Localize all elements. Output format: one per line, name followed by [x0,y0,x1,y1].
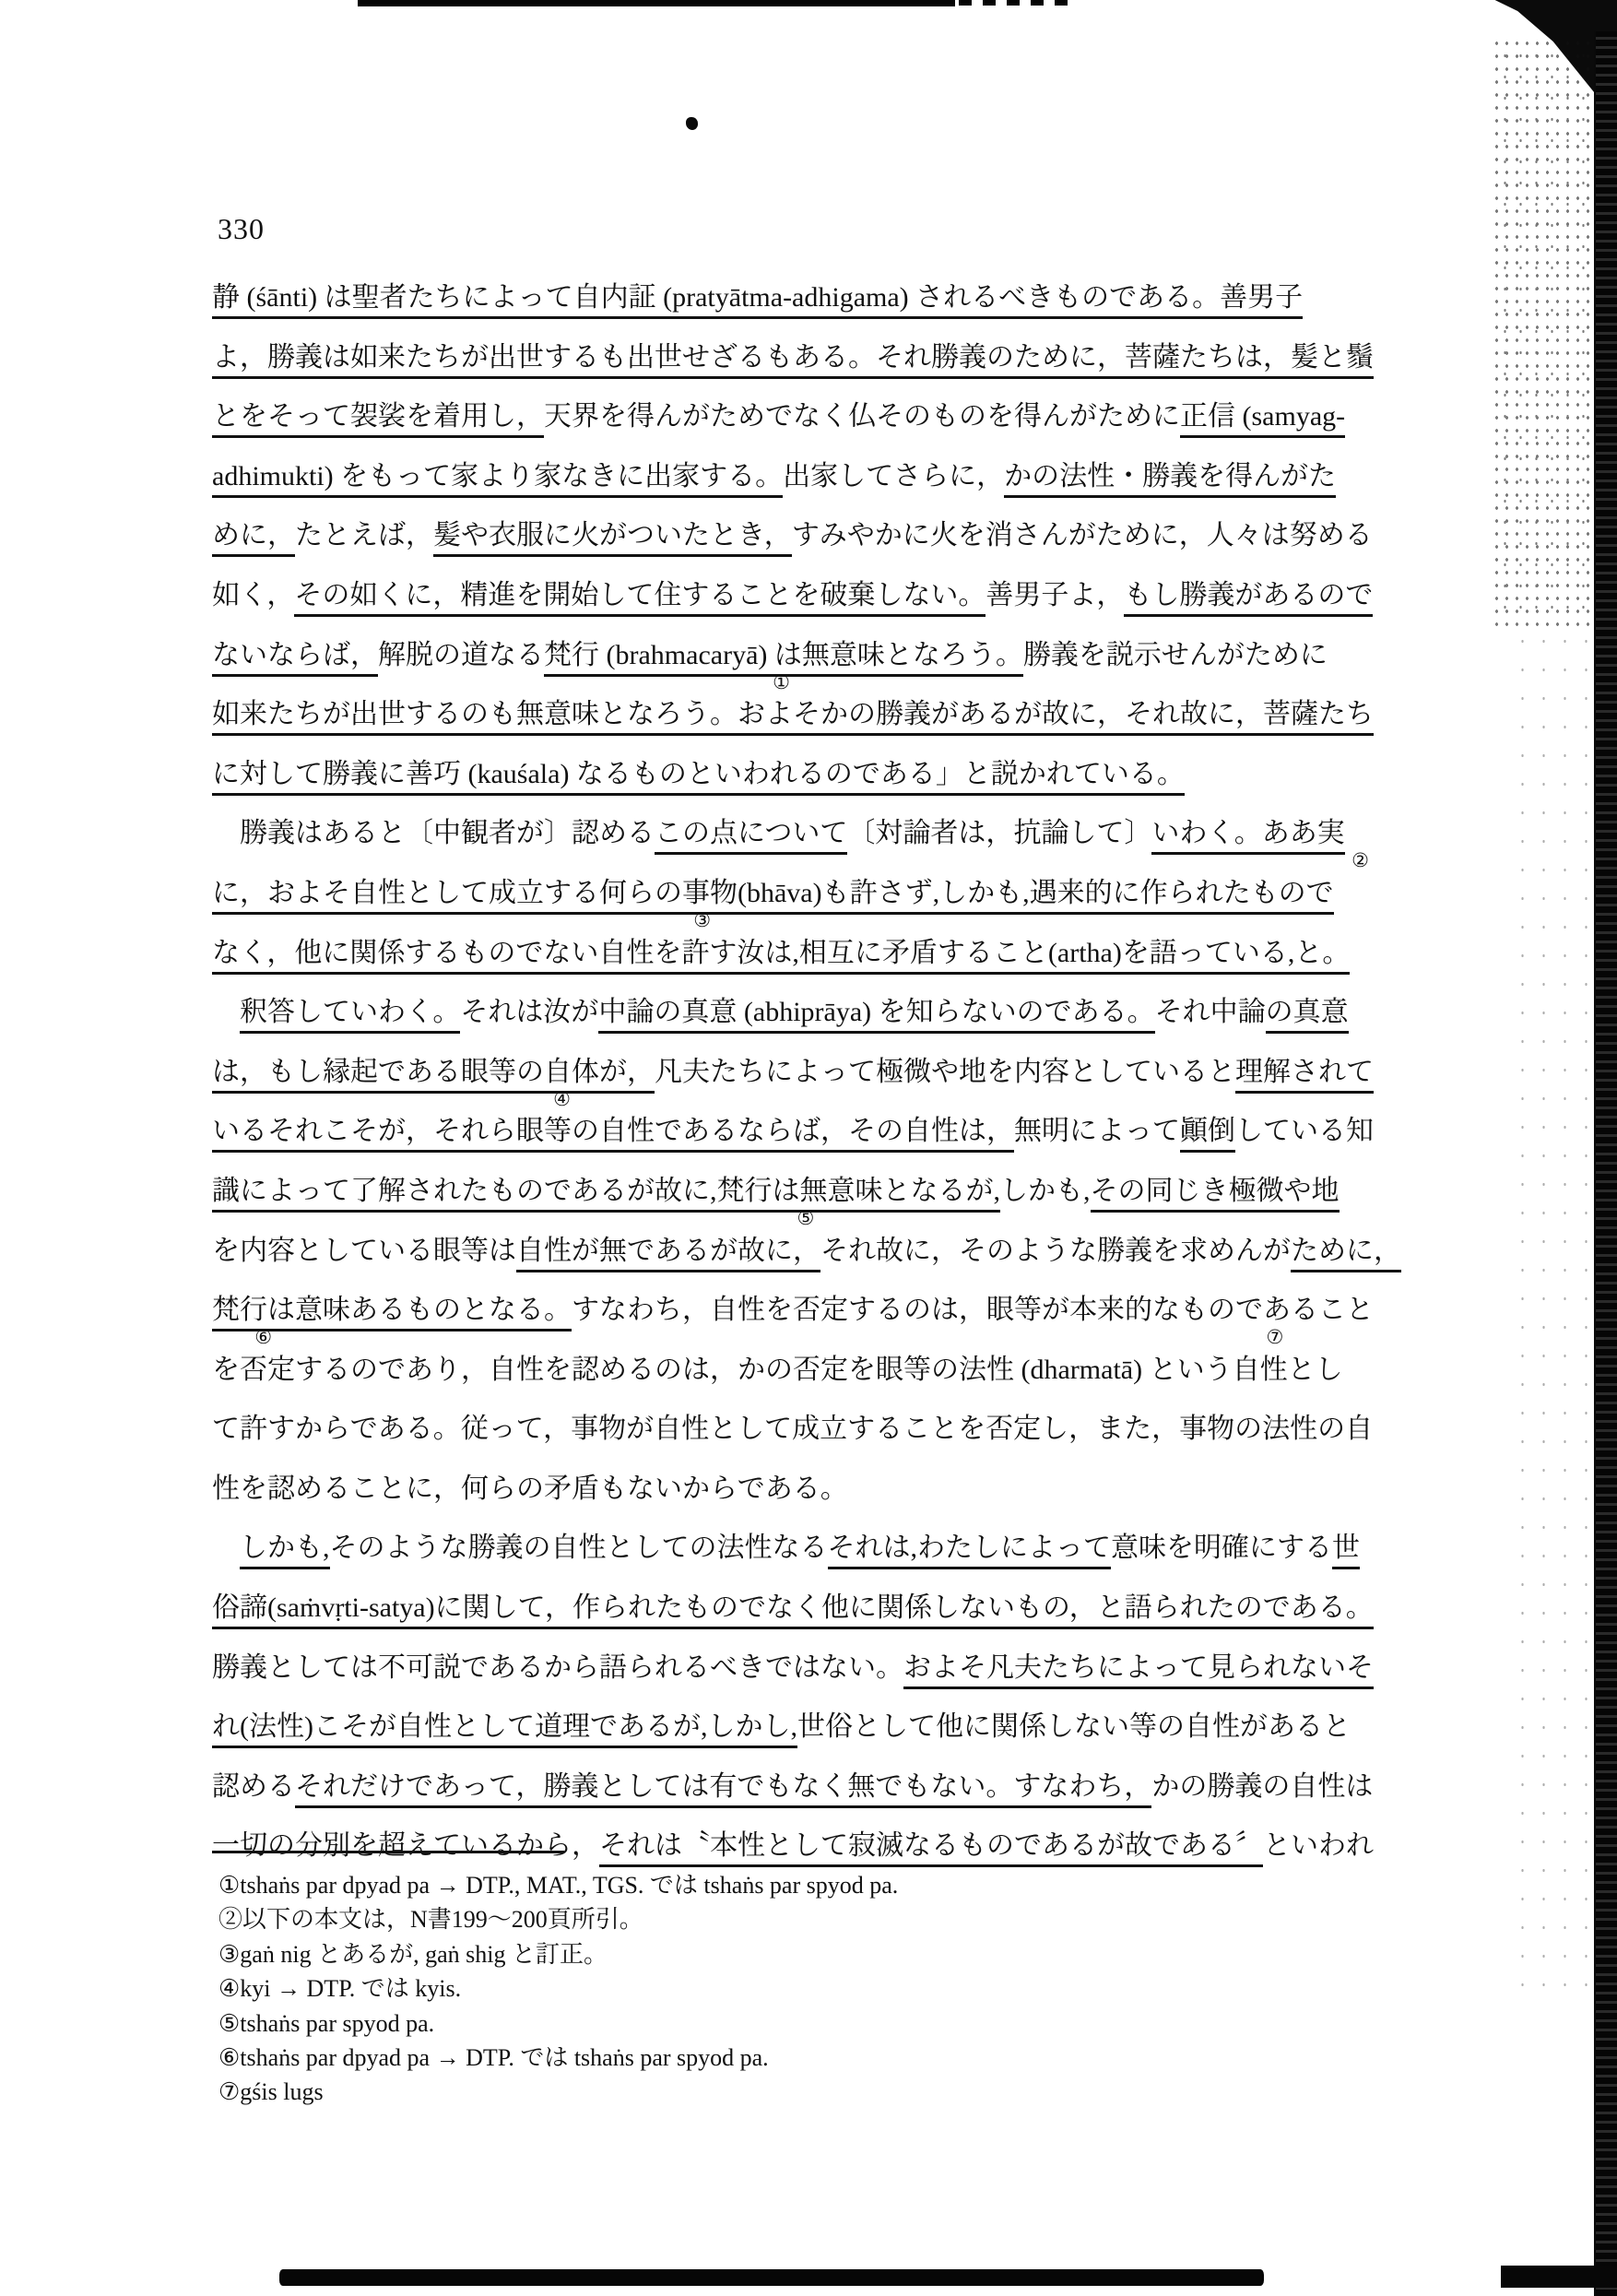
footnote-item: ⑦gśis lugs [218,2077,1417,2111]
footnote-marker: ④ [553,1090,571,1109]
plain-text: 勝義を説示せんがために [1023,640,1328,670]
underlined-text: 髪や衣服に火がついたとき， [433,520,792,557]
text-line: 静 (śānti) は聖者たちによって自内証 (pratyātma-adhiga… [212,279,1431,339]
text-line: しかも,そのような勝義の自性としての法性なるそれは,わたしによって意味を明確にす… [212,1530,1431,1590]
underlined-text: 中論の真意 (abhiprāya) を知らないのである。 [598,997,1154,1034]
plain-text: 性を認めることに，何らの矛盾もないからである。 [212,1473,848,1504]
text-line: 認めるそれだけであって，勝義としては有でもなく無でもない。すなわち，かの勝義の自… [212,1769,1431,1829]
plain-text: 意味を明確にする [1111,1533,1332,1563]
underlined-text: 俗諦(saṁvṛti-satya)に関して，作られたものでなく他に関係しないもの… [212,1592,1374,1629]
text-line: 如来たちが出世するのも無意味となろう。およそかの勝義があるが故に，それ故に，菩薩… [212,696,1431,756]
underlined-text: かの法性・勝義を得んがた [1004,461,1336,498]
plain-text: 善男子よ， [986,580,1124,610]
underlined-text: 如来たちが出世するのも無意味となろう。およそかの勝義があるが故に，それ故に，菩薩… [212,699,1374,736]
plain-text: 如く， [212,580,294,610]
footnote-marker: ③ [693,911,711,930]
text-line: 釈答していわく。それは汝が中論の真意 (abhiprāya) を知らないのである… [212,994,1431,1054]
plain-text: かの勝義の自性は [1151,1771,1373,1802]
underlined-text: それだけであって，勝義としては有でもなく無でもない。すなわち， [295,1771,1151,1808]
text-line: を内容としている眼等は自性が無であるが故に，それ故に，そのような勝義を求めんがた… [212,1233,1431,1293]
text-line: めに，たとえば，髪や衣服に火がついたとき，すみやかに火を消さんがために，人々は努… [212,517,1431,577]
underlined-text: それは,わたしによって [828,1533,1112,1569]
underlined-text: いるそれこそが，それら眼等の自性であるならば，その自性は， [212,1116,1014,1153]
plain-text: すなわち，自性を否定するのは，眼等が本来的なものであること [572,1295,1374,1325]
footnote-item: ③gaṅ nig とあるが, gaṅ shig と訂正。 [218,1939,1417,1973]
plain-text: 天界を得んがためでなく仏そのものを得んがために [544,401,1180,432]
text-line: 梵行は意味あるものとなる。すなわち，自性を否定するのは，眼等が本来的なものである… [212,1292,1431,1352]
underlined-text: は，もし縁起である眼等の自体が， [212,1057,655,1094]
underlined-text: 自性が無であるが故に， [516,1236,820,1272]
underlined-text: 世 [1332,1533,1360,1569]
plain-text: 出家してさらに， [783,461,1004,491]
text-line: 性を認めることに，何らの矛盾もないからである。 [212,1471,1431,1531]
plain-text: すみやかに火を消さんがために，人々は努める [792,520,1373,550]
plain-text [212,997,240,1027]
binding-shadow-bar [1594,31,1617,2296]
footnote-item: ①tshaṅs par dpyad pa → DTP., MAT., TGS. … [218,1870,1417,1904]
plain-text: それ故に，そのような勝義を求めんが [820,1236,1291,1266]
footnote-item: ④kyi → DTP. では kyis. [218,1973,1417,2007]
underlined-text: ないならば， [212,640,378,677]
footnote-item: ⑥tshaṅs par dpyad pa → DTP. では tshaṅs pa… [218,2042,1417,2077]
text-line: 勝義はあると〔中観者が〕認めるこの点について〔対論者は，抗論して〕いわく。ああ実… [212,815,1431,875]
underlined-text: いわく。ああ実 [1151,818,1344,855]
scanned-document-page: 330 静 (śānti) は聖者たちによって自内証 (pratyātma-ad… [0,0,1617,2296]
top-right-speckle-noise [1492,37,1602,627]
plain-text [212,1533,240,1563]
underlined-text: 正信 (samyag- [1180,401,1345,438]
underlined-text: それは〝本性として寂滅なるものであるが故である〞 [599,1830,1263,1867]
underlined-text: の真意 [1266,997,1349,1034]
plain-text: たとえば， [295,520,433,550]
plain-text: 解脱の道なる [378,640,544,670]
plain-text: 凡夫たちによって極微や地を内容としていると [655,1057,1235,1087]
text-line: れ(法性)こそが自性として道理であるが,しかし,世俗として他に関係しない等の自性… [212,1709,1431,1769]
text-line: 勝義としては不可説であるから語られるべきではない。およそ凡夫たちによって見られな… [212,1650,1431,1710]
underlined-text: なく，他に関係するものでない自性を許す汝は,相互に矛盾すること(artha)を語… [212,938,1350,975]
underlined-text: その如くに，精進を開始して住することを破棄しない。 [294,580,986,617]
text-line: adhimukti) をもって家より家なきに出家する。出家してさらに，かの法性・… [212,458,1431,518]
footnote-item: ②以下の本文は，N書199～200頁所引。 [218,1904,1417,1938]
underlined-text: 顚倒 [1180,1116,1235,1153]
page-number: 330 [218,212,265,246]
footnote-marker: ⑦ [1267,1328,1284,1347]
footnotes-list: ①tshaṅs par dpyad pa → DTP., MAT., TGS. … [218,1870,1417,2112]
footnote-item: ⑤tshaṅs par spyod pa. [218,2008,1417,2042]
underlined-text: よ，勝義は如来たちが出世するも出世せざるもある。それ勝義のために，菩薩たちは，髪… [212,342,1374,379]
underlined-text: およそ凡夫たちによって見られないそ [903,1652,1374,1689]
top-edge-scan-line [358,0,955,6]
underlined-text: めに， [212,520,295,557]
footnote-marker: ⑥ [254,1328,272,1347]
plain-text: を否定するのであり，自性を認めるのは，かの否定を眼等の法性 (dharmatā)… [212,1355,1343,1385]
underlined-text: その同じき極微や地 [1091,1176,1340,1213]
underlined-text: に，およそ自性として成立する何らの事物(bhāva)も許さず,しかも,遇来的に作… [212,878,1334,915]
underlined-text: 識によって了解されたものであるが故に,梵行は無意味となるが, [212,1176,1000,1213]
underlined-text: 理解されて [1235,1057,1374,1094]
plain-text: て許すからである。従って，事物が自性として成立することを否定し，また，事物の法性… [212,1414,1373,1444]
text-line: は，もし縁起である眼等の自体が，凡夫たちによって極微や地を内容としていると理解さ… [212,1054,1431,1114]
underlined-text: ために， [1291,1236,1401,1272]
underlined-text: 静 (śānti) は聖者たちによって自内証 (pratyātma-adhiga… [212,282,1303,319]
plain-text: 勝義としては不可説であるから語られるべきではない。 [212,1652,903,1683]
underlined-text: もし勝義があるので [1124,580,1373,617]
underlined-text: しかも, [240,1533,330,1569]
plain-text: 一切の分別を超えているから， [212,1830,599,1861]
text-line: ないならば，解脱の道なる梵行 (brahmacaryā) は無意味となろう。勝義… [212,637,1431,697]
underlined-text: adhimukti) をもって家より家なきに出家する。 [212,461,783,498]
plain-text: 無明によって [1014,1116,1180,1146]
plain-text: 世俗として他に関係しない等の自性があると [797,1711,1351,1742]
text-line: 識によって了解されたものであるが故に,梵行は無意味となるが,しかも,その同じき極… [212,1173,1431,1233]
text-line: とをそって袈裟を着用し，天界を得んがためでなく仏そのものを得んがために正信 (s… [212,398,1431,458]
underlined-text: 釈答していわく。 [240,997,460,1034]
plain-text: しかも, [1000,1176,1091,1206]
plain-text: それ中論 [1155,997,1266,1027]
footnote-marker: ② [1351,851,1369,870]
footnote-separator-rule [212,1851,564,1853]
underlined-text: この点について [655,818,847,855]
text-line: 如く，その如くに，精進を開始して住することを破棄しない。善男子よ，もし勝義がある… [212,577,1431,637]
text-line: に，およそ自性として成立する何らの事物(bhāva)も許さず,しかも,遇来的に作… [212,875,1431,935]
bottom-edge-scan-line [279,2269,1264,2286]
plain-text: 勝義はあると〔中観者が〕認める [212,818,655,848]
bottom-right-scan-line [1501,2266,1617,2288]
text-line: なく，他に関係するものでない自性を許す汝は,相互に矛盾すること(artha)を語… [212,935,1431,995]
plain-text: 〔対論者は，抗論して〕 [847,818,1151,848]
body-text: 静 (śānti) は聖者たちによって自内証 (pratyātma-adhiga… [212,279,1431,1888]
ink-smudge [686,117,698,130]
plain-text: そのような勝義の自性としての法性なる [330,1533,828,1563]
underlined-text: とをそって袈裟を着用し， [212,401,544,438]
plain-text: といわれ [1263,1830,1374,1861]
footnote-marker: ⑤ [797,1209,815,1228]
underlined-text: に対して勝義に善巧 (kauśala) なるものといわれるのである」と説かれてい… [212,759,1185,796]
text-line: て許すからである。従って，事物が自性として成立することを否定し，また，事物の法性… [212,1411,1431,1471]
plain-text: 認める [212,1771,295,1802]
text-line: いるそれこそが，それら眼等の自性であるならば，その自性は，無明によって顚倒してい… [212,1113,1431,1173]
underlined-text: れ(法性)こそが自性として道理であるが,しかし, [212,1711,797,1748]
plain-text: それは汝が [460,997,598,1027]
text-line: に対して勝義に善巧 (kauśala) なるものといわれるのである」と説かれてい… [212,756,1431,816]
text-line: を否定するのであり，自性を認めるのは，かの否定を眼等の法性 (dharmatā)… [212,1352,1431,1412]
plain-text: を内容としている眼等は [212,1236,516,1266]
plain-text: している知 [1235,1116,1374,1146]
footnote-marker: ① [773,673,790,692]
right-margin-speckle-noise [1512,627,1599,2010]
text-line: 俗諦(saṁvṛti-satya)に関して，作られたものでなく他に関係しないもの… [212,1590,1431,1650]
top-edge-scan-dashes [959,0,1069,6]
text-line: よ，勝義は如来たちが出世するも出世せざるもある。それ勝義のために，菩薩たちは，髪… [212,339,1431,399]
